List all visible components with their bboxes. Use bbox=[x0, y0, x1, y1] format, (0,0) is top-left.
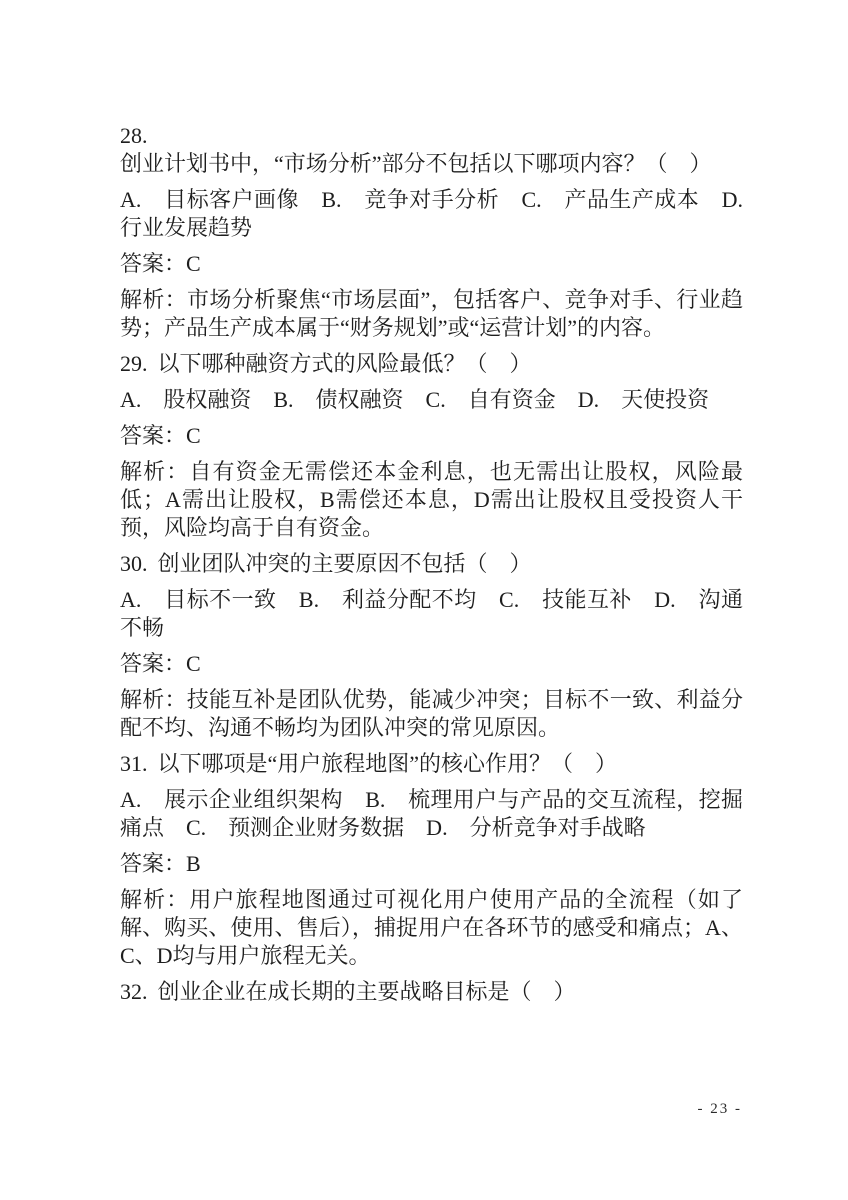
answer-line: 答案：C bbox=[120, 650, 743, 678]
document-page: 28.创业计划书中，“市场分析”部分不包括以下哪项内容？（ ） A. 目标客户画… bbox=[0, 0, 848, 1200]
answer-line: 答案：C bbox=[120, 422, 743, 450]
page-number: - 23 - bbox=[698, 1101, 743, 1118]
question-31: 31.以下哪项是“用户旅程地图”的核心作用？（ ） A. 展示企业组织架构 B.… bbox=[120, 750, 743, 970]
question-number: 32. bbox=[120, 979, 148, 1004]
question-number: 31. bbox=[120, 751, 148, 776]
question-32: 32.创业企业在成长期的主要战略目标是（ ） bbox=[120, 978, 743, 1006]
answer-line: 答案：C bbox=[120, 250, 743, 278]
question-text: 创业团队冲突的主要原因不包括（ ） bbox=[158, 551, 532, 576]
question-number: 28. bbox=[120, 123, 148, 148]
question-28: 28.创业计划书中，“市场分析”部分不包括以下哪项内容？（ ） A. 目标客户画… bbox=[120, 122, 743, 342]
question-options: A. 股权融资 B. 债权融资 C. 自有资金 D. 天使投资 bbox=[120, 386, 743, 414]
question-options: A. 目标不一致 B. 利益分配不均 C. 技能互补 D. 沟通不畅 bbox=[120, 586, 743, 642]
question-30: 30.创业团队冲突的主要原因不包括（ ） A. 目标不一致 B. 利益分配不均 … bbox=[120, 550, 743, 742]
analysis-line: 解析：技能互补是团队优势，能减少冲突；目标不一致、利益分配不均、沟通不畅均为团队… bbox=[120, 686, 743, 742]
analysis-line: 解析：自有资金无需偿还本金利息，也无需出让股权，风险最低；A需出让股权，B需偿还… bbox=[120, 458, 743, 542]
question-number: 29. bbox=[120, 351, 148, 376]
question-stem: 31.以下哪项是“用户旅程地图”的核心作用？（ ） bbox=[120, 750, 743, 778]
question-29: 29.以下哪种融资方式的风险最低？（ ） A. 股权融资 B. 债权融资 C. … bbox=[120, 350, 743, 542]
question-options: A. 目标客户画像 B. 竞争对手分析 C. 产品生产成本 D. 行业发展趋势 bbox=[120, 186, 743, 242]
question-text: 以下哪项是“用户旅程地图”的核心作用？（ ） bbox=[158, 751, 618, 776]
analysis-line: 解析：用户旅程地图通过可视化用户使用产品的全流程（如了解、购买、使用、售后），捕… bbox=[120, 886, 743, 970]
question-text: 创业计划书中，“市场分析”部分不包括以下哪项内容？（ ） bbox=[120, 151, 712, 176]
question-stem: 32.创业企业在成长期的主要战略目标是（ ） bbox=[120, 978, 743, 1006]
analysis-line: 解析：市场分析聚焦“市场层面”，包括客户、竞争对手、行业趋势；产品生产成本属于“… bbox=[120, 286, 743, 342]
question-text: 创业企业在成长期的主要战略目标是（ ） bbox=[158, 979, 576, 1004]
question-text: 以下哪种融资方式的风险最低？（ ） bbox=[158, 351, 532, 376]
question-options: A. 展示企业组织架构 B. 梳理用户与产品的交互流程，挖掘痛点 C. 预测企业… bbox=[120, 786, 743, 842]
answer-line: 答案：B bbox=[120, 850, 743, 878]
question-stem: 29.以下哪种融资方式的风险最低？（ ） bbox=[120, 350, 743, 378]
question-stem: 28.创业计划书中，“市场分析”部分不包括以下哪项内容？（ ） bbox=[120, 122, 743, 178]
question-number: 30. bbox=[120, 551, 148, 576]
document-content: 28.创业计划书中，“市场分析”部分不包括以下哪项内容？（ ） A. 目标客户画… bbox=[120, 122, 743, 1014]
question-stem: 30.创业团队冲突的主要原因不包括（ ） bbox=[120, 550, 743, 578]
